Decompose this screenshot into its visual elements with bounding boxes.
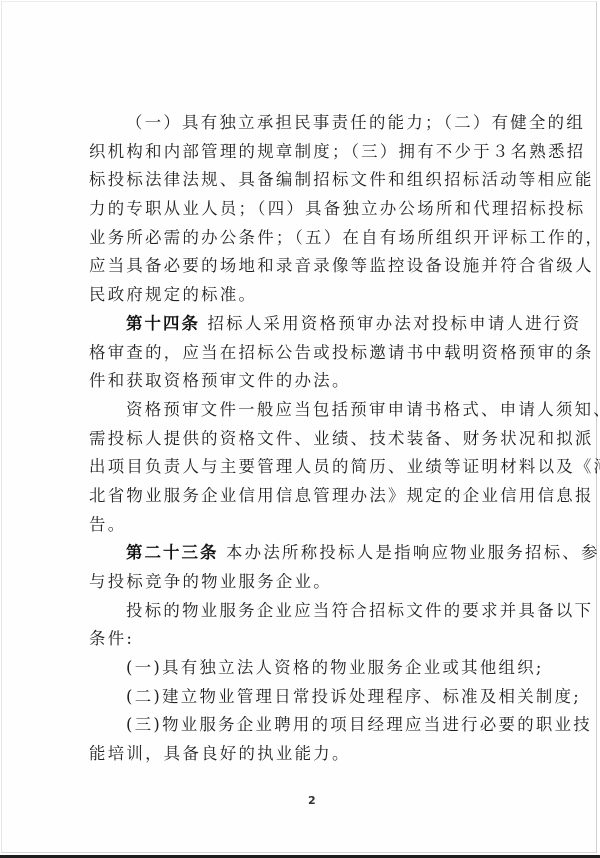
text-line: 织机构和内部管理的规章制度；（三）拥有不少于３名熟悉招 [89,138,529,167]
text-line: 投标的物业服务企业应当符合招标文件的要求并具备以下 [89,597,529,626]
paragraph-prequalification-docs: 资格预审文件一般应当包括预审申请书格式、申请人须知、 需投标人提供的资格文件、业… [89,396,529,539]
text-line: 第十四条 招标人采用资格预审办法对投标申请人进行资 [89,310,529,339]
text-line: 告。 [89,511,529,540]
text-line: （一）具有独立承担民事责任的能力；（二）有健全的组 [89,109,529,138]
article-text: 本办法所称投标人是指响应物业服务招标、参 [226,543,600,562]
text-line: (一)具有独立法人资格的物业服务企业或其他组织; [89,654,529,683]
article-14: 第十四条 招标人采用资格预审办法对投标申请人进行资 格审查的，应当在招标公告或投… [89,310,529,396]
document-page: （一）具有独立承担民事责任的能力；（二）有健全的组 织机构和内部管理的规章制度；… [1,1,597,853]
text-line: 标投标法律法规、具备编制招标文件和组织招标活动等相应能 [89,166,529,195]
condition-item-1: (一)具有独立法人资格的物业服务企业或其他组织; [89,654,529,683]
condition-item-3: (三)物业服务企业聘用的项目经理应当进行必要的职业技 能培训，具备良好的执业能力… [89,711,529,768]
text-line: (二)建立物业管理日常投诉处理程序、标准及相关制度; [89,683,529,712]
page-number: 2 [308,794,316,807]
text-line: 条件: [89,625,529,654]
text-line: 第二十三条 本办法所称投标人是指响应物业服务招标、参 [89,539,529,568]
text-line: 力的专职从业人员；（四）具备独立办公场所和代理招标投标 [89,195,529,224]
text-line: 业务所必需的办公条件；（五）在自有场所组织开评标工作的， [89,224,529,253]
document-body: （一）具有独立承担民事责任的能力；（二）有健全的组 织机构和内部管理的规章制度；… [89,109,529,769]
paragraph-bidder-conditions: 投标的物业服务企业应当符合招标文件的要求并具备以下 条件: [89,597,529,654]
text-line: 出项目负责人与主要管理人员的简历、业绩等证明材料以及《河 [89,453,529,482]
text-line: 能培训，具备良好的执业能力。 [89,740,529,769]
text-line: 件和获取资格预审文件的办法。 [89,367,529,396]
text-line: 需投标人提供的资格文件、业绩、技术装备、财务状况和拟派 [89,425,529,454]
article-23: 第二十三条 本办法所称投标人是指响应物业服务招标、参 与投标竞争的物业服务企业。 [89,539,529,596]
text-line: 北省物业服务企业信用信息管理办法》规定的企业信用信息报 [89,482,529,511]
condition-item-2: (二)建立物业管理日常投诉处理程序、标准及相关制度; [89,683,529,712]
text-line: 资格预审文件一般应当包括预审申请书格式、申请人须知、 [89,396,529,425]
text-line: (三)物业服务企业聘用的项目经理应当进行必要的职业技 [89,711,529,740]
text-line: 应当具备必要的场地和录音录像等监控设备设施并符合省级人 [89,252,529,281]
text-line: 民政府规定的标准。 [89,281,529,310]
article-text: 招标人采用资格预审办法对投标申请人进行资 [207,314,581,333]
article-heading: 第二十三条 [126,543,218,562]
text-line: 格审查的，应当在招标公告或投标邀请书中载明资格预审的条 [89,339,529,368]
article-heading: 第十四条 [126,314,200,333]
text-line: 与投标竞争的物业服务企业。 [89,568,529,597]
paragraph-qualifications-list: （一）具有独立承担民事责任的能力；（二）有健全的组 织机构和内部管理的规章制度；… [89,109,529,310]
